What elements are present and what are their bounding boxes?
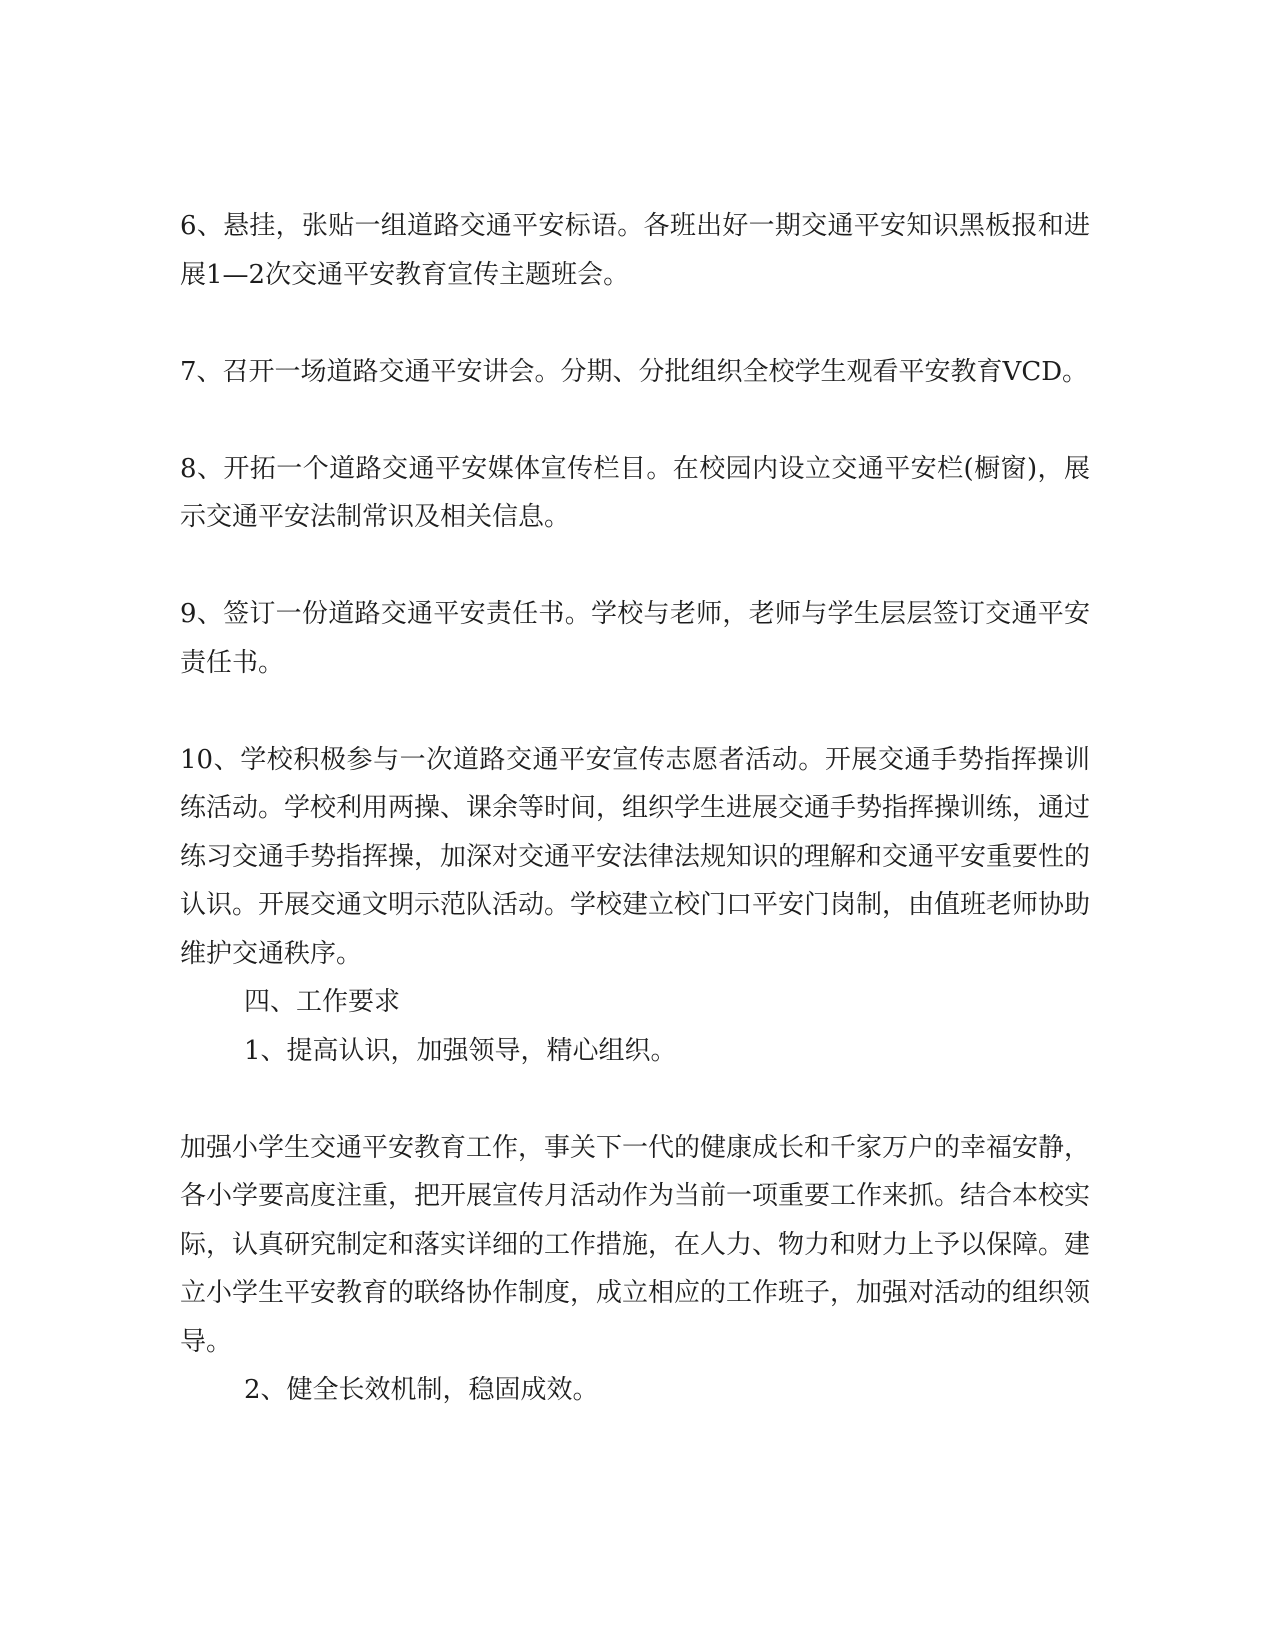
section-heading-work-requirements: 四、工作要求 — [180, 978, 1090, 1027]
paragraph-item-10: 10、学校积极参与一次道路交通平安宣传志愿者活动。开展交通手势指挥操训练活动。学… — [180, 736, 1090, 979]
paragraph-requirement-2: 2、健全长效机制，稳固成效。 — [180, 1366, 1090, 1415]
paragraph-item-7: 7、召开一场道路交通平安讲会。分期、分批组织全校学生观看平安教育VCD。 — [180, 348, 1090, 397]
paragraph-requirement-1-body: 加强小学生交通平安教育工作，事关下一代的健康成长和千家万户的幸福安静，各小学要高… — [180, 1124, 1090, 1367]
document-page: 6、悬挂，张贴一组道路交通平安标语。各班出好一期交通平安知识黑板报和进展1—2次… — [0, 0, 1275, 1629]
paragraph-item-8: 8、开拓一个道路交通平安媒体宣传栏目。在校园内设立交通平安栏(橱窗)，展示交通平… — [180, 445, 1090, 542]
paragraph-requirement-1: 1、提高认识，加强领导，精心组织。 — [180, 1027, 1090, 1076]
paragraph-item-9: 9、签订一份道路交通平安责任书。学校与老师，老师与学生层层签订交通平安责任书。 — [180, 590, 1090, 687]
paragraph-item-6: 6、悬挂，张贴一组道路交通平安标语。各班出好一期交通平安知识黑板报和进展1—2次… — [180, 202, 1090, 299]
